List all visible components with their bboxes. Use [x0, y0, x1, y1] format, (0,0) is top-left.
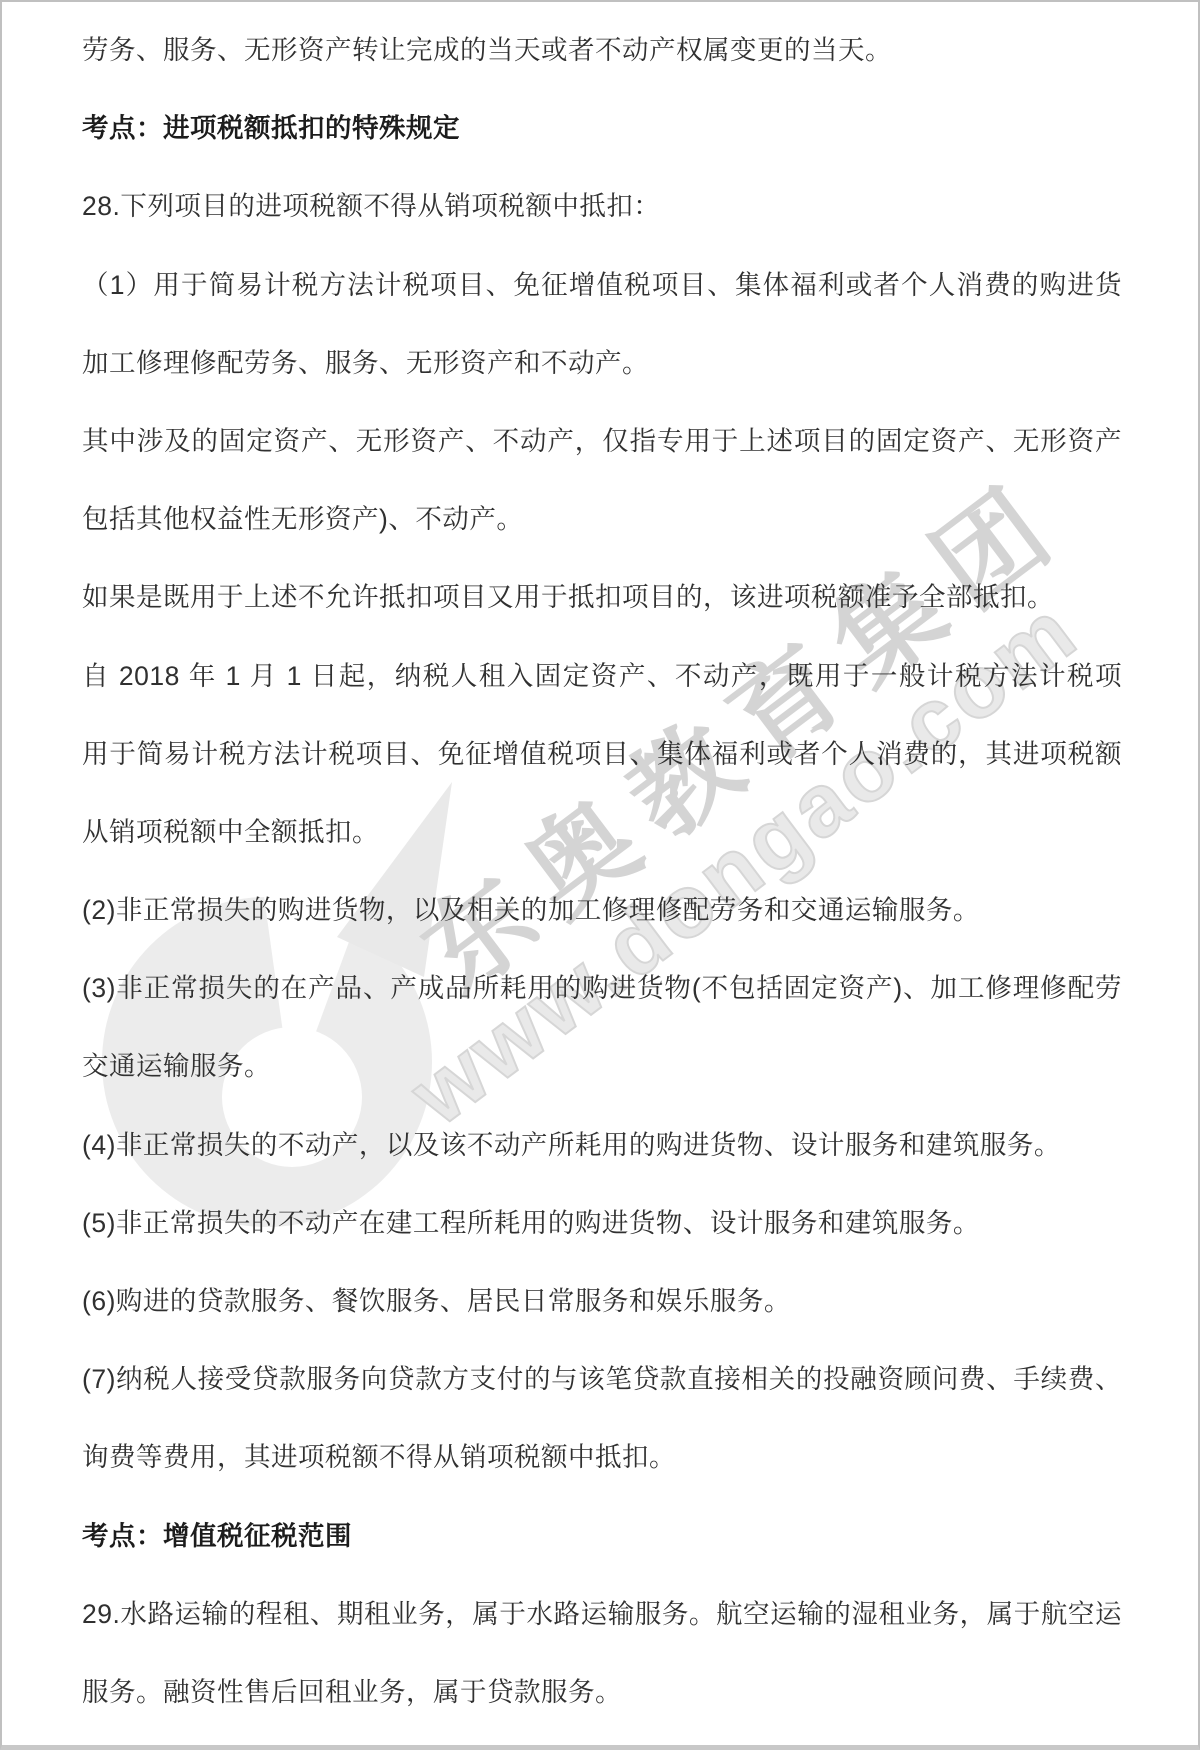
text-line: (3)非正常损失的在产品、产成品所耗用的购进货物(不包括固定资产)、加工修理修配…	[82, 949, 1122, 1027]
text-line: 从销项税额中全额抵扣。	[82, 793, 1122, 871]
text-line: 28.下列项目的进项税额不得从销项税额中抵扣：	[82, 167, 1122, 245]
text-line: 29.水路运输的程租、期租业务，属于水路运输服务。航空运输的湿租业务，属于航空运…	[82, 1575, 1122, 1653]
text-line: (6)购进的贷款服务、餐饮服务、居民日常服务和娱乐服务。	[82, 1262, 1122, 1340]
text-line: 用于简易计税方法计税项目、免征增值税项目、集体福利或者个人消费的，其进项税额准予	[82, 715, 1122, 793]
document-page: 东奥教育集团 www.dongao.com 劳务、服务、无形资产转让完成的当天或…	[0, 0, 1200, 1750]
text-line: 自 2018 年 1 月 1 日起，纳税人租入固定资产、不动产，既用于一般计税方…	[82, 637, 1122, 715]
text-line: 加工修理修配劳务、服务、无形资产和不动产。	[82, 324, 1122, 402]
text-line: 其中涉及的固定资产、无形资产、不动产，仅指专用于上述项目的固定资产、无形资产(不	[82, 402, 1122, 480]
text-line: (7)纳税人接受贷款服务向贷款方支付的与该笔贷款直接相关的投融资顾问费、手续费、…	[82, 1340, 1122, 1418]
text-line: 包括其他权益性无形资产)、不动产。	[82, 480, 1122, 558]
text-line: (4)非正常损失的不动产，以及该不动产所耗用的购进货物、设计服务和建筑服务。	[82, 1106, 1122, 1184]
text-line: (2)非正常损失的购进货物，以及相关的加工修理修配劳务和交通运输服务。	[82, 871, 1122, 949]
section-heading: 考点：增值税征税范围	[82, 1497, 1122, 1575]
text-line: 服务。融资性售后回租业务，属于贷款服务。	[82, 1653, 1122, 1731]
text-line: 如果是既用于上述不允许抵扣项目又用于抵扣项目的，该进项税额准予全部抵扣。	[82, 558, 1122, 636]
text-line: （1）用于简易计税方法计税项目、免征增值税项目、集体福利或者个人消费的购进货物、	[82, 246, 1122, 324]
text-line: 交通运输服务。	[82, 1027, 1122, 1105]
text-line: 询费等费用，其进项税额不得从销项税额中抵扣。	[82, 1418, 1122, 1496]
document-content: 劳务、服务、无形资产转让完成的当天或者不动产权属变更的当天。 考点：进项税额抵扣…	[82, 11, 1122, 1731]
text-line: 劳务、服务、无形资产转让完成的当天或者不动产权属变更的当天。	[82, 11, 1122, 89]
section-heading: 考点：进项税额抵扣的特殊规定	[82, 89, 1122, 167]
text-line: (5)非正常损失的不动产在建工程所耗用的购进货物、设计服务和建筑服务。	[82, 1184, 1122, 1262]
